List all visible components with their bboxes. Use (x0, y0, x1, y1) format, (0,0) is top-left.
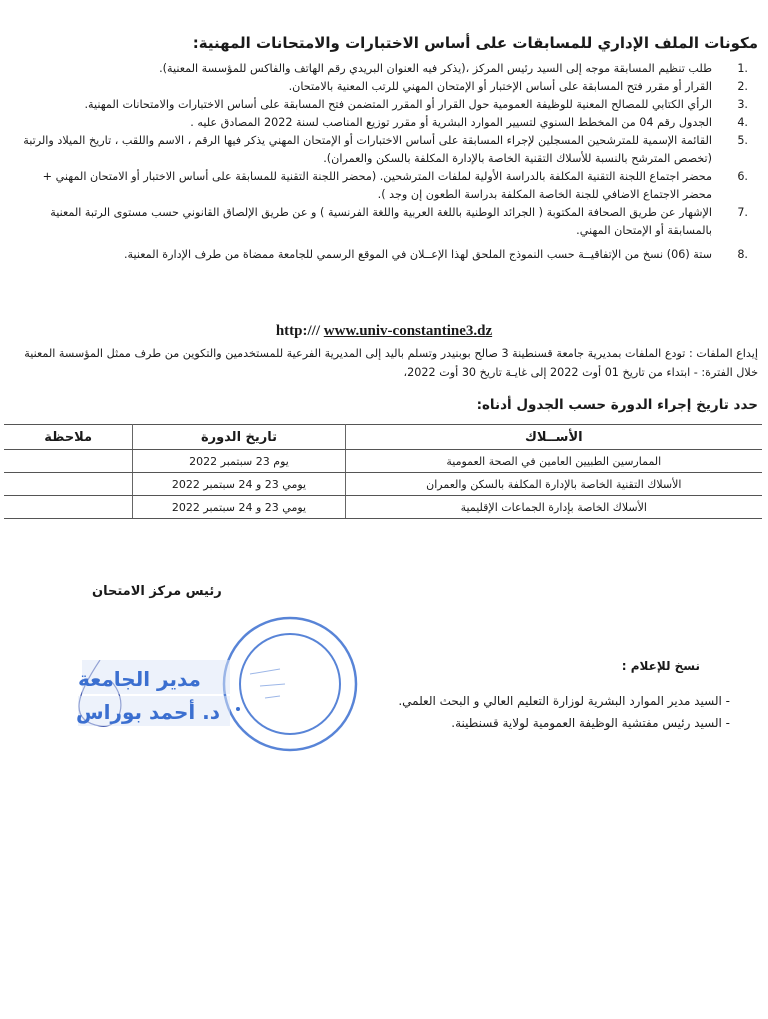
item-number: 7. (737, 204, 748, 222)
cell-corps: الأسلاك التقنية الخاصة بالإدارة المكلفة … (345, 473, 762, 496)
table-row: الأسلاك الخاصة بإدارة الجماعات الإقليمية… (4, 496, 762, 519)
signer-title: رئيس مركز الامتحان (92, 584, 222, 599)
schedule-title: حدد تاريخ إجراء الدورة حسب الجدول أدناه: (477, 397, 758, 413)
requirements-list: 1.طلب تنظيم المسابقة موجه إلى السيد رئيس… (14, 60, 754, 264)
cc-item: - السيد مدير الموارد البشرية لوزارة التع… (398, 690, 730, 712)
item-text: الجدول رقم 04 من المخطط السنوي لتسيير ال… (190, 116, 712, 129)
list-item: 6.محضر اجتماع اللجنة التقنية المكلفة بال… (14, 168, 754, 204)
cell-date: يومي 23 و 24 سبتمبر 2022 (133, 496, 345, 519)
header-date: تاريخ الدورة (133, 425, 345, 450)
list-item: 7.الإشهار عن طريق الصحافة المكتوبة ( الج… (14, 204, 754, 240)
document-title: مكونات الملف الإداري للمسابقات على أساس … (18, 33, 758, 53)
list-item: 2.القرار أو مقرر فتح المسابقة على أساس ا… (14, 78, 754, 96)
cc-title: نسخ للإعلام : (622, 659, 700, 673)
table-row: الأسلاك التقنية الخاصة بالإدارة المكلفة … (4, 473, 762, 496)
item-text: القرار أو مقرر فتح المسابقة على أساس الإ… (289, 80, 712, 93)
item-number: 5. (737, 132, 748, 150)
item-text: محضر اجتماع اللجنة التقنية المكلفة بالدر… (43, 170, 712, 201)
cell-note (4, 496, 133, 519)
item-number: 4. (737, 114, 748, 132)
table-row: الممارسين الطبيين العامين في الصحة العمو… (4, 450, 762, 473)
list-item: 1.طلب تنظيم المسابقة موجه إلى السيد رئيس… (14, 60, 754, 78)
cell-note (4, 450, 133, 473)
signature-title: مدير الجامعة (78, 667, 201, 691)
cell-date: يوم 23 سبتمبر 2022 (133, 450, 345, 473)
website-url: http:/// www.univ-constantine3.dz (0, 323, 768, 340)
header-note: ملاحظة (4, 425, 133, 450)
list-item: 4.الجدول رقم 04 من المخطط السنوي لتسيير … (14, 114, 754, 132)
cell-corps: الأسلاك الخاصة بإدارة الجماعات الإقليمية (345, 496, 762, 519)
cc-list: - السيد مدير الموارد البشرية لوزارة التع… (398, 690, 730, 734)
deposit-paragraph: إيداع الملفات : تودع الملفات بمديرية جام… (10, 344, 758, 382)
table-header-row: الأســلاك تاريخ الدورة ملاحظة (4, 425, 762, 450)
item-number: 3. (737, 96, 748, 114)
cell-note (4, 473, 133, 496)
item-text: الرأي الكتابي للمصالح المعنية للوظيفة ال… (84, 98, 712, 111)
item-number: 1. (737, 60, 748, 78)
url-prefix: http:/// (276, 323, 324, 339)
url-link[interactable]: www.univ-constantine3.dz (324, 323, 492, 339)
official-stamp-icon (220, 614, 360, 754)
header-corps: الأســلاك (345, 425, 762, 450)
list-item: 3.الرأي الكتابي للمصالح المعنية للوظيفة … (14, 96, 754, 114)
item-number: 2. (737, 78, 748, 96)
item-text: ستة (06) نسخ من الإتفاقيــة حسب النموذج … (124, 248, 712, 261)
cc-item: - السيد رئيس مفتشية الوظيفة العمومية لول… (398, 712, 730, 734)
document-page: مكونات الملف الإداري للمسابقات على أساس … (0, 0, 768, 1019)
item-number: 8. (737, 246, 748, 264)
cell-corps: الممارسين الطبيين العامين في الصحة العمو… (345, 450, 762, 473)
schedule-table: الأســلاك تاريخ الدورة ملاحظة الممارسين … (4, 424, 762, 519)
list-item: 5.القائمة الإسمية للمترشحين المسجلين لإج… (14, 132, 754, 168)
signature-name: د. أحمد بوراس (76, 700, 220, 724)
list-item: 8.ستة (06) نسخ من الإتفاقيــة حسب النموذ… (14, 246, 754, 264)
item-text: القائمة الإسمية للمترشحين المسجلين لإجرا… (23, 134, 712, 165)
item-text: الإشهار عن طريق الصحافة المكتوبة ( الجرا… (50, 206, 712, 237)
item-text: طلب تنظيم المسابقة موجه إلى السيد رئيس ا… (159, 62, 712, 75)
item-number: 6. (737, 168, 748, 186)
cell-date: يومي 23 و 24 سبتمبر 2022 (133, 473, 345, 496)
